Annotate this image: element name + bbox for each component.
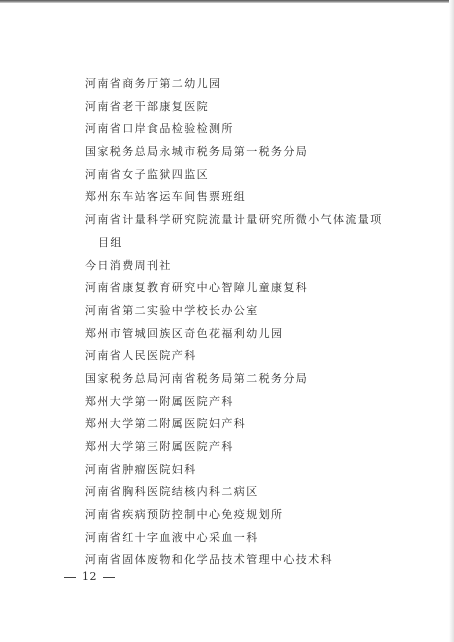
list-item: 河南省商务厅第二幼儿园	[85, 73, 405, 96]
list-item: 郑州大学第三附属医院产科	[85, 436, 405, 459]
list-item: 河南省康复教育研究中心智障儿童康复科	[85, 277, 405, 300]
list-item: 国家税务总局永城市税务局第一税务分局	[85, 141, 405, 164]
list-item: 河南省固体废物和化学品技术管理中心技术科	[85, 549, 405, 572]
document-page: 河南省商务厅第二幼儿园 河南省老干部康复医院 河南省口岸食品检验检测所 国家税务…	[0, 0, 454, 642]
list-item: 河南省老干部康复医院	[85, 96, 405, 119]
list-item: 郑州大学第一附属医院产科	[85, 391, 405, 414]
list-item: 郑州东车站客运车间售票班组	[85, 186, 405, 209]
scan-top-edge	[0, 0, 454, 3]
list-item: 郑州市管城回族区奇色花福利幼儿园	[85, 323, 405, 346]
dash-left	[64, 577, 76, 578]
list-item: 河南省口岸食品检验检测所	[85, 118, 405, 141]
list-item: 河南省红十字血液中心采血一科	[85, 527, 405, 550]
list-item-text: 河南省计量科学研究院流量计量研究所微小气体流量项	[85, 213, 383, 226]
list-item: 河南省计量科学研究院流量计量研究所微小气体流量项 目组	[85, 209, 405, 254]
scan-right-edge	[449, 0, 454, 642]
list-item: 郑州大学第二附属医院妇产科	[85, 413, 405, 436]
list-item: 国家税务总局河南省税务局第二税务分局	[85, 368, 405, 391]
page-number-value: 12	[82, 570, 97, 583]
organization-list: 河南省商务厅第二幼儿园 河南省老干部康复医院 河南省口岸食品检验检测所 国家税务…	[85, 73, 405, 572]
list-item-continuation: 目组	[85, 232, 405, 255]
list-item: 河南省人民医院产科	[85, 345, 405, 368]
list-item: 河南省第二实验中学校长办公室	[85, 300, 405, 323]
list-item: 今日消费周刊社	[85, 255, 405, 278]
list-item: 河南省胸科医院结核内科二病区	[85, 481, 405, 504]
list-item: 河南省疾病预防控制中心免疫规划所	[85, 504, 405, 527]
dash-right	[103, 577, 115, 578]
list-item: 河南省肿瘤医院妇科	[85, 459, 405, 482]
page-number: 12	[58, 570, 121, 583]
list-item: 河南省女子监狱四监区	[85, 164, 405, 187]
